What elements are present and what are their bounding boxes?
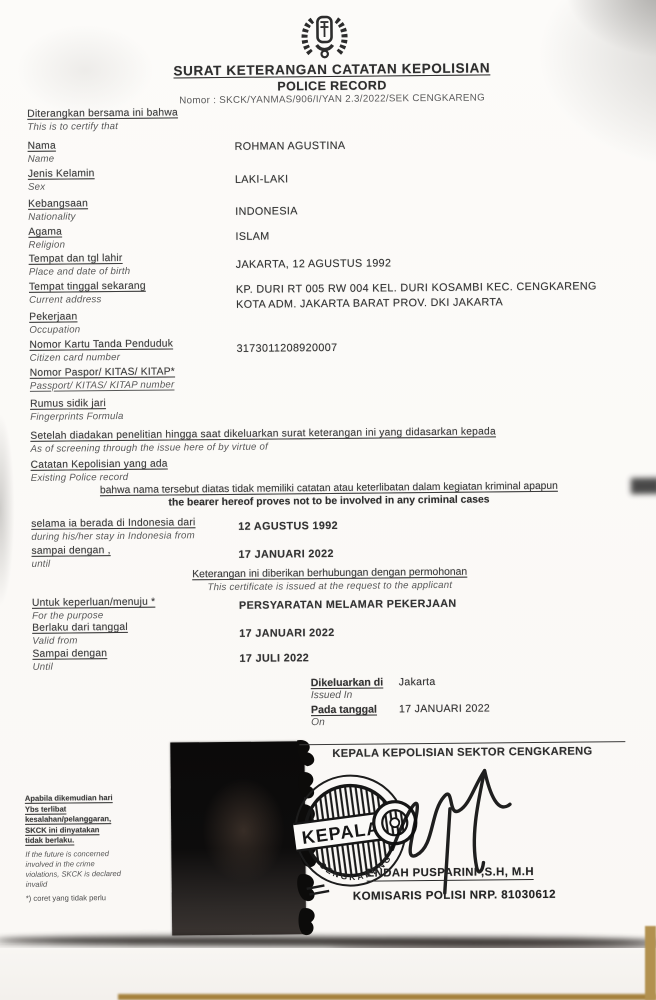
field-label-id: Nomor Paspor/ KITAS/ KITAP* xyxy=(30,366,237,379)
field-value: ISLAM xyxy=(235,225,269,249)
field-row-agama: AgamaReligion ISLAM xyxy=(28,221,634,250)
field-label-en: during his/her stay in Indonesia from xyxy=(31,529,238,542)
field-row-sidik-jari: Rumus sidik jariFingerprints Formula xyxy=(30,393,636,422)
field-label-id: Untuk keperluan/menuju * xyxy=(32,596,239,609)
field-value: 17 JANUARI 2022 xyxy=(238,543,334,567)
issued-on-label-en: On xyxy=(311,714,611,728)
footnote-disclaimer: Apabila dikemudian hari Ybs terlibat kes… xyxy=(25,793,144,903)
issued-in-value: Jakarta xyxy=(399,676,436,688)
field-row-nama: NamaName ROHMAN AGUSTINA xyxy=(28,135,634,164)
field-row-stay-from: selama ia berada di Indonesia dariduring… xyxy=(31,513,637,542)
signatory-name: ENDAH PUSPARINI ,S.H, M.H xyxy=(367,866,535,882)
police-record-paragraph: Catatan Kepolisian yang ada Existing Pol… xyxy=(31,454,646,483)
field-row-paspor: Nomor Paspor/ KITAS/ KITAP*Passport/ KIT… xyxy=(30,362,636,391)
field-row-valid-from: Berlaku dari tanggalValid from 17 JANUAR… xyxy=(32,617,638,646)
scanned-photo-background: SURAT KETERANGAN CATATAN KEPOLISIAN POLI… xyxy=(0,0,656,1000)
footnote-asterisk-note: *) coret yang tidak perlu xyxy=(26,893,144,903)
intro-statement: Diterangkan bersama ini bahwa This is to… xyxy=(27,103,642,132)
field-label-id: sampai dengan , xyxy=(31,544,238,557)
field-label-en: Place and date of birth xyxy=(29,264,236,277)
scan-smudge xyxy=(631,478,656,494)
issued-in-label-en: Issued In xyxy=(311,687,611,701)
desk-surface-strip xyxy=(118,994,656,1000)
field-label-id: Rumus sidik jari xyxy=(30,397,237,410)
field-label-en: until xyxy=(32,556,239,569)
signatory-rank: KOMISARIS POLISI NRP. 81030612 xyxy=(353,888,556,903)
field-value: JAKARTA, 12 AGUSTUS 1992 xyxy=(236,250,392,275)
field-label-id: Berlaku dari tanggal xyxy=(32,621,239,634)
document-number-label: Nomor : xyxy=(179,95,216,106)
field-label-en: Until xyxy=(33,659,240,672)
footnote-en-line: invalid xyxy=(26,879,144,890)
field-row-jenis-kelamin: Jenis KelaminSex LAKI-LAKI xyxy=(28,163,634,192)
field-label-en: Nationality xyxy=(28,209,235,222)
field-label-id: Nama xyxy=(28,139,235,152)
field-row-valid-until: Sampai denganUntil 17 JULI 2022 xyxy=(32,643,638,672)
footnote-id-line: tidak berlaku. xyxy=(25,835,143,847)
issued-on-label-id: Pada tanggal xyxy=(311,704,377,717)
field-value: PERSYARATAN MELAMAR PEKERJAAN xyxy=(239,594,457,620)
field-row-tempat-lahir: Tempat dan tgl lahirPlace and date of bi… xyxy=(29,248,635,277)
field-label-id: Pekerjaan xyxy=(29,310,236,323)
purpose-heading: Keterangan ini diberikan berhubungan den… xyxy=(20,565,640,594)
field-label-id: Agama xyxy=(28,225,235,238)
issue-block: Dikeluarkan di Jakarta Issued In Pada ta… xyxy=(311,674,612,731)
field-value: INDONESIA xyxy=(235,196,298,220)
field-label-en: Fingerprints Formula xyxy=(30,409,237,422)
field-label-en: Religion xyxy=(28,237,235,250)
field-label-en: Occupation xyxy=(29,322,236,335)
field-label-en: Name xyxy=(28,151,235,164)
field-label-en: For the purpose xyxy=(32,608,239,621)
desk-surface-corner xyxy=(645,926,656,1000)
field-label-id: Nomor Kartu Tanda Penduduk xyxy=(29,338,236,351)
field-label-id: Jenis Kelamin xyxy=(28,167,235,180)
field-value: 17 JULI 2022 xyxy=(239,646,309,670)
field-value: 17 JANUARI 2022 xyxy=(239,620,335,644)
field-value: 3173011208920007 xyxy=(236,337,337,361)
issued-in-label-id: Dikeluarkan di xyxy=(311,676,384,689)
field-label-id: Kebangsaan xyxy=(28,197,235,210)
screening-paragraph: Setelah diadakan penelitian hingga saat … xyxy=(30,425,645,454)
field-label-id: Sampai dengan xyxy=(32,647,239,660)
underlying-paper xyxy=(0,948,656,1000)
signature-block: KEPALA KEPOLISIAN SEKTOR CENGKARENG xyxy=(299,741,625,760)
field-value: ROHMAN AGUSTINA xyxy=(235,138,346,163)
issued-on-value: 17 JANUARI 2022 xyxy=(399,702,490,715)
field-row-ktp: Nomor Kartu Tanda PendudukCitizen card n… xyxy=(29,334,635,363)
field-label-en: Passport/ KITAS/ KITAP number xyxy=(30,378,237,391)
field-value: 12 AGUSTUS 1992 xyxy=(238,516,338,540)
field-label-id: Tempat dan tgl lahir xyxy=(29,252,236,265)
field-value: LAKI-LAKI xyxy=(235,166,289,190)
clearance-statement: bahwa nama tersebut diatas tidak memilik… xyxy=(19,480,639,510)
field-label-en: Sex xyxy=(28,179,235,192)
handwritten-signature-icon xyxy=(385,750,536,906)
field-label-en: Valid from xyxy=(32,633,239,646)
field-row-kebangsaan: KebangsaanNationality INDONESIA xyxy=(28,193,634,222)
field-label-en: Current address xyxy=(29,292,236,305)
field-label-en: Citizen card number xyxy=(30,350,237,363)
document-page: SURAT KETERANGAN CATATAN KEPOLISIAN POLI… xyxy=(0,0,656,944)
field-label-id: Tempat tinggal sekarang xyxy=(29,280,236,293)
polri-emblem-icon xyxy=(296,13,353,67)
field-row-pekerjaan: PekerjaanOccupation xyxy=(29,306,635,335)
field-label-id: selama ia berada di Indonesia dari xyxy=(31,517,238,530)
